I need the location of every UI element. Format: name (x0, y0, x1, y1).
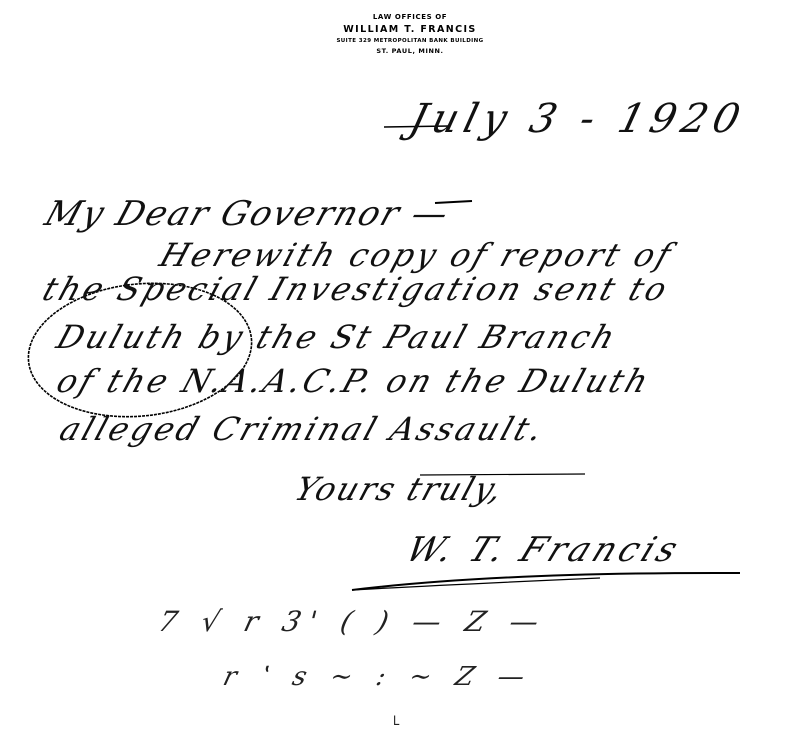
letter-salutation: My Dear Governor — (40, 194, 455, 234)
letter-body-line: Herewith copy of report of (155, 236, 678, 274)
letterhead-city: ST. PAUL, MINN. (280, 48, 540, 55)
letter-body-line: alleged Criminal Assault. (55, 410, 551, 448)
letter-closing: Yours truly, (290, 470, 509, 508)
letter-body-line: of the N.A.A.C.P. on the Duluth (52, 362, 656, 400)
letter-body-line: the Special Investigation sent to (38, 270, 675, 308)
shorthand-note: 7 √ r 3' ( ) — Z — (155, 605, 550, 638)
letter-date: July 3 - 1920 (405, 96, 751, 142)
shorthand-note: r ʽ s ~ : ~ Z — (220, 662, 536, 692)
letterhead: LAW OFFICES OF WILLIAM T. FRANCIS SUITE … (280, 14, 540, 55)
shorthand-note: ˪ (393, 705, 400, 731)
letterhead-name: WILLIAM T. FRANCIS (280, 25, 540, 35)
letter-body-line: Duluth by the St Paul Branch (52, 318, 623, 356)
letterhead-law-offices: LAW OFFICES OF (280, 14, 540, 21)
letterhead-address: SUITE 329 METROPOLITAN BANK BUILDING (280, 39, 540, 45)
letter-signature: W. T. Francis (400, 530, 687, 570)
